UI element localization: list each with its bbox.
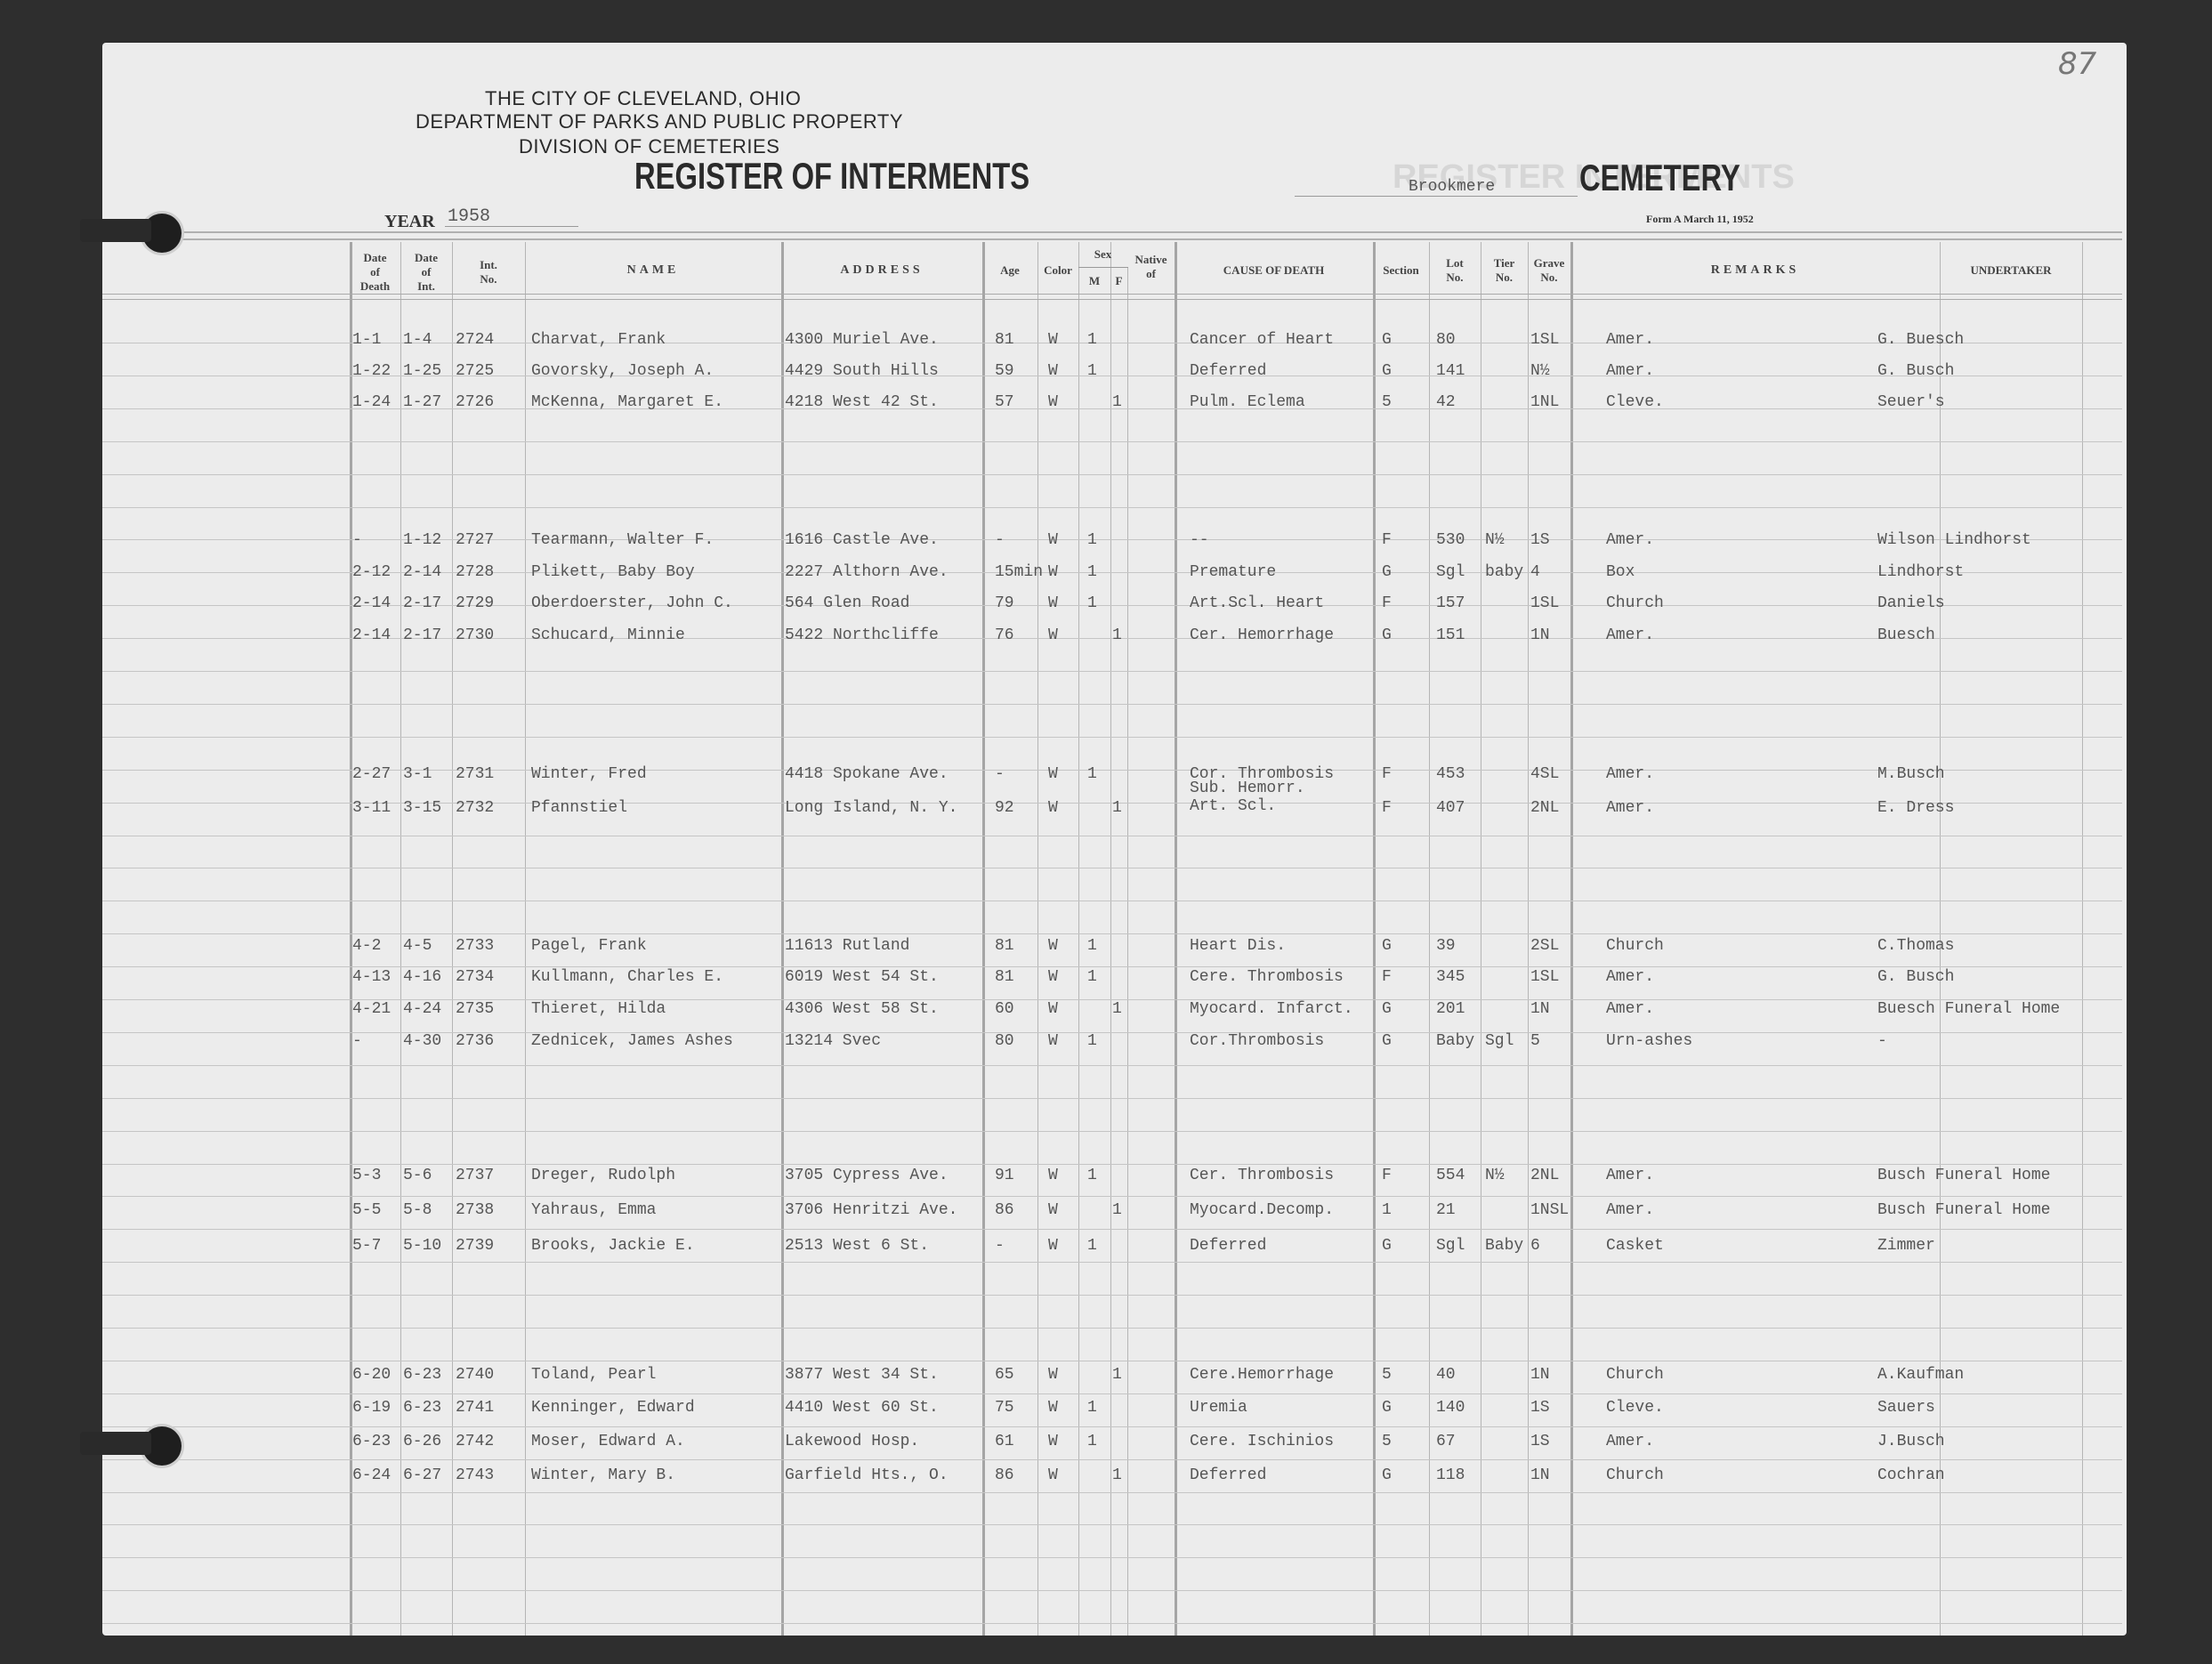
address-cell: 4218 West 42 St. [785,393,939,411]
address-cell: Garfield Hts., O. [785,1466,949,1484]
undertaker-cell: Sauers [1877,1399,1935,1417]
int-no-cell: 2729 [456,594,494,612]
age-cell: 81 [995,331,1014,349]
ruled-line [102,1426,2122,1427]
header-undertaker: UNDERTAKER [1940,263,2082,278]
section-cell: G [1382,937,1392,955]
grave-no-cell: 2NL [1530,799,1559,817]
grave-no-cell: 1S [1530,531,1550,549]
color-cell: W [1048,531,1058,549]
address-cell: 3877 West 34 St. [785,1366,939,1384]
year-underline [445,226,578,227]
color-cell: W [1048,1366,1058,1384]
ruled-line [102,474,2122,475]
int-no-cell: 2726 [456,393,494,411]
sex-f-cell: 1 [1112,1201,1122,1219]
int-no-cell: 2738 [456,1201,494,1219]
cause-of-death-cell: Cere. Ischinios [1190,1433,1334,1450]
header-name: NAME [525,263,781,278]
cause-of-death-cell: Deferred [1190,1466,1266,1484]
section-cell: 5 [1382,1433,1392,1450]
ruled-line [102,737,2122,738]
age-cell: 81 [995,937,1014,955]
section-cell: F [1382,594,1392,612]
undertaker-cell: Buesch Funeral Home [1877,1000,2060,1018]
ruled-line [102,836,2122,836]
undertaker-cell: Buesch [1877,626,1935,644]
date-of-int-cell: 2-14 [403,563,441,581]
grave-no-cell: 4SL [1530,765,1559,783]
int-no-cell: 2734 [456,968,494,986]
grave-no-cell: 1NL [1530,393,1559,411]
register-title: REGISTER OF INTERMENTS [634,155,1029,198]
age-cell: - [995,765,1005,783]
date-of-death-cell: 1-22 [352,362,391,380]
ruled-line [102,671,2122,672]
remarks-cell: Amer. [1606,1167,1654,1184]
lot-no-cell: Sgl [1436,563,1465,581]
section-cell: G [1382,1399,1392,1417]
int-no-cell: 2737 [456,1167,494,1184]
tier-no-cell: N½ [1485,1167,1505,1184]
address-cell: Long Island, N. Y. [785,799,957,817]
address-cell: 4418 Spokane Ave. [785,765,949,783]
ruled-line [102,1590,2122,1591]
int-no-cell: 2727 [456,531,494,549]
section-cell: G [1382,1466,1392,1484]
age-cell: 57 [995,393,1014,411]
address-cell: 5422 Northcliffe [785,626,939,644]
lot-no-cell: 157 [1436,594,1465,612]
section-cell: F [1382,1167,1392,1184]
ruled-line [102,1328,2122,1329]
cause-of-death-cell: Myocard.Decomp. [1190,1201,1334,1219]
date-of-int-cell: 2-17 [403,626,441,644]
year-label: YEAR [384,212,435,232]
section-cell: G [1382,362,1392,380]
date-of-death-cell: 4-13 [352,968,391,986]
cause-of-death-cell: Deferred [1190,1237,1266,1255]
ruled-line [102,1131,2122,1132]
sex-m-cell: 1 [1087,594,1097,612]
name-cell: Zednicek, James Ashes [531,1032,733,1050]
remarks-cell: Amer. [1606,968,1654,986]
undertaker-cell: M.Busch [1877,765,1945,783]
age-cell: 76 [995,626,1014,644]
int-no-cell: 2741 [456,1399,494,1417]
date-of-int-cell: 4-16 [403,968,441,986]
color-cell: W [1048,1237,1058,1255]
grave-no-cell: 1SL [1530,594,1559,612]
date-of-death-cell: 4-2 [352,937,381,955]
undertaker-cell: - [1877,1032,1887,1050]
lot-no-cell: 67 [1436,1433,1456,1450]
section-cell: F [1382,799,1392,817]
sex-m-cell: 1 [1087,1167,1097,1184]
date-of-death-cell: 3-11 [352,799,391,817]
remarks-cell: Church [1606,937,1664,955]
lot-no-cell: 151 [1436,626,1465,644]
date-of-int-cell: 1-25 [403,362,441,380]
lot-no-cell: 407 [1436,799,1465,817]
sex-subheader-divider [1078,267,1128,268]
cemetery-label: CEMETERY [1579,157,1740,199]
undertaker-cell: C.Thomas [1877,937,1954,955]
int-no-cell: 2731 [456,765,494,783]
grave-no-cell: 1S [1530,1399,1550,1417]
int-no-cell: 2735 [456,1000,494,1018]
ruled-line [102,1295,2122,1296]
undertaker-cell: Wilson Lindhorst [1877,531,2031,549]
page-number: 87 [2058,46,2096,82]
cemetery-name: Brookmere [1409,178,1495,196]
cause-of-death-cell: Pulm. Eclema [1190,393,1305,411]
remarks-cell: Amer. [1606,765,1654,783]
undertaker-cell: Cochran [1877,1466,1945,1484]
address-cell: 13214 Svec [785,1032,881,1050]
color-cell: W [1048,937,1058,955]
remarks-cell: Cleve. [1606,393,1664,411]
header-rule [102,231,2122,233]
remarks-cell: Church [1606,594,1664,612]
address-cell: 3706 Henritzi Ave. [785,1201,957,1219]
header-section: Section [1373,263,1429,278]
age-cell: 15min [995,563,1043,581]
ruled-line [102,1557,2122,1558]
register-page: 87 THE CITY OF CLEVELAND, OHIO DEPARTMEN… [102,43,2127,1636]
undertaker-cell: G. Buesch [1877,331,1964,349]
ruled-line [102,1393,2122,1394]
section-cell: G [1382,1237,1392,1255]
color-cell: W [1048,626,1058,644]
form-note: Form A March 11, 1952 [1646,213,1754,226]
int-no-cell: 2732 [456,799,494,817]
cemetery-underline [1295,196,1578,197]
ruled-line [102,868,2122,868]
sex-m-cell: 1 [1087,1237,1097,1255]
address-cell: 1616 Castle Ave. [785,531,939,549]
lot-no-cell: Baby [1436,1032,1474,1050]
section-cell: 1 [1382,1201,1392,1219]
sex-f-cell: 1 [1112,393,1122,411]
address-cell: 3705 Cypress Ave. [785,1167,949,1184]
grave-no-cell: 1SL [1530,331,1559,349]
date-of-death-cell: 6-23 [352,1433,391,1450]
ruled-line [102,704,2122,705]
sex-m-cell: 1 [1087,937,1097,955]
date-of-death-cell: 4-21 [352,1000,391,1018]
remarks-cell: Amer. [1606,1433,1654,1450]
tier-no-cell: Sgl [1485,1032,1514,1050]
undertaker-cell: Busch Funeral Home [1877,1201,2050,1219]
grave-no-cell: 1N [1530,1466,1550,1484]
age-cell: 61 [995,1433,1014,1450]
lot-no-cell: 140 [1436,1399,1465,1417]
date-of-int-cell: 6-23 [403,1399,441,1417]
header-bottom-rule [102,299,2122,300]
grave-no-cell: 1SL [1530,968,1559,986]
grave-no-cell: 1NSL [1530,1201,1569,1219]
section-cell: G [1382,626,1392,644]
int-no-cell: 2730 [456,626,494,644]
grave-no-cell: 5 [1530,1032,1540,1050]
color-cell: W [1048,331,1058,349]
grave-no-cell: 2NL [1530,1167,1559,1184]
date-of-int-cell: 6-26 [403,1433,441,1450]
header-grave-no: GraveNo. [1528,256,1570,285]
lot-no-cell: 201 [1436,1000,1465,1018]
name-cell: Tearmann, Walter F. [531,531,714,549]
age-cell: - [995,1237,1005,1255]
date-of-death-cell: 5-3 [352,1167,381,1184]
ruled-line [102,1229,2122,1230]
date-of-death-cell: 6-19 [352,1399,391,1417]
name-cell: Kenninger, Edward [531,1399,695,1417]
undertaker-cell: A.Kaufman [1877,1366,1964,1384]
date-of-int-cell: 3-15 [403,799,441,817]
age-cell: 92 [995,799,1014,817]
undertaker-cell: E. Dress [1877,799,1954,817]
undertaker-cell: J.Busch [1877,1433,1945,1450]
grave-no-cell: N½ [1530,362,1550,380]
date-of-death-cell: 5-7 [352,1237,381,1255]
header-int-no: Int.No. [452,258,525,287]
ruled-line [102,1196,2122,1197]
name-cell: Govorsky, Joseph A. [531,362,714,380]
ruled-line [102,933,2122,934]
date-of-int-cell: 1-4 [403,331,432,349]
grave-no-cell: 4 [1530,563,1540,581]
int-no-cell: 2728 [456,563,494,581]
undertaker-cell: G. Busch [1877,362,1954,380]
int-no-cell: 2724 [456,331,494,349]
cause-of-death-cell: Myocard. Infarct. [1190,1000,1353,1018]
remarks-cell: Amer. [1606,799,1654,817]
sex-m-cell: 1 [1087,968,1097,986]
header-sex-m: M [1078,274,1110,288]
remarks-cell: Amer. [1606,362,1654,380]
header-department: DEPARTMENT OF PARKS AND PUBLIC PROPERTY [416,110,903,133]
grave-no-cell: 1N [1530,626,1550,644]
ruled-line [102,966,2122,967]
date-of-int-cell: 6-27 [403,1466,441,1484]
address-cell: 11613 Rutland [785,937,909,955]
date-of-int-cell: 3-1 [403,765,432,783]
sex-f-cell: 1 [1112,799,1122,817]
color-cell: W [1048,799,1058,817]
ruled-line [102,1623,2122,1624]
age-cell: 59 [995,362,1014,380]
lot-no-cell: 39 [1436,937,1456,955]
lot-no-cell: 42 [1436,393,1456,411]
remarks-cell: Amer. [1606,1201,1654,1219]
age-cell: 79 [995,594,1014,612]
age-cell: 86 [995,1201,1014,1219]
color-cell: W [1048,968,1058,986]
color-cell: W [1048,1399,1058,1417]
address-cell: Lakewood Hosp. [785,1433,919,1450]
undertaker-cell: Seuer's [1877,393,1945,411]
remarks-cell: Amer. [1606,1000,1654,1018]
date-of-death-cell: 2-27 [352,765,391,783]
cause-of-death-cell: Cer. Thrombosis [1190,1167,1334,1184]
remarks-cell: Cleve. [1606,1399,1664,1417]
date-of-int-cell: 1-27 [403,393,441,411]
tier-no-cell: Baby [1485,1237,1523,1255]
address-cell: 2513 West 6 St. [785,1237,929,1255]
header-rule-2 [102,238,2122,240]
remarks-cell: Amer. [1606,531,1654,549]
age-cell: 75 [995,1399,1014,1417]
section-cell: 5 [1382,1366,1392,1384]
grave-no-cell: 2SL [1530,937,1559,955]
date-of-int-cell: 6-23 [403,1366,441,1384]
header-color: Color [1037,263,1078,278]
remarks-cell: Amer. [1606,626,1654,644]
grave-no-cell: 1N [1530,1000,1550,1018]
header-tier-no: TierNo. [1481,256,1528,285]
address-cell: 4410 West 60 St. [785,1399,939,1417]
name-cell: Kullmann, Charles E. [531,968,723,986]
int-no-cell: 2736 [456,1032,494,1050]
date-of-death-cell: 1-1 [352,331,381,349]
color-cell: W [1048,1201,1058,1219]
age-cell: 60 [995,1000,1014,1018]
header-city: THE CITY OF CLEVELAND, OHIO [485,87,801,110]
color-cell: W [1048,1167,1058,1184]
header-native-of: Nativeof [1127,253,1175,281]
lot-no-cell: 345 [1436,968,1465,986]
lot-no-cell: 40 [1436,1366,1456,1384]
color-cell: W [1048,362,1058,380]
name-cell: Plikett, Baby Boy [531,563,695,581]
color-cell: W [1048,1000,1058,1018]
color-cell: W [1048,1032,1058,1050]
name-cell: Pagel, Frank [531,937,647,955]
ruled-line [102,1459,2122,1460]
header-cause-of-death: CAUSE OF DEATH [1175,263,1373,278]
cause-of-death-cell: Sub. Hemorr. Art. Scl. [1190,779,1305,815]
name-cell: Moser, Edward A. [531,1433,685,1450]
cause-of-death-cell: Cer. Hemorrhage [1190,626,1334,644]
sex-f-cell: 1 [1112,1466,1122,1484]
undertaker-cell: Lindhorst [1877,563,1964,581]
lot-no-cell: Sgl [1436,1237,1465,1255]
address-cell: 6019 West 54 St. [785,968,939,986]
section-cell: 5 [1382,393,1392,411]
color-cell: W [1048,393,1058,411]
ruled-line [102,1098,2122,1099]
name-cell: Brooks, Jackie E. [531,1237,695,1255]
header-date-of-int: DateofInt. [400,251,452,294]
section-cell: G [1382,563,1392,581]
age-cell: 91 [995,1167,1014,1184]
ruled-line [102,441,2122,442]
color-cell: W [1048,1433,1058,1450]
remarks-cell: Amer. [1606,331,1654,349]
date-of-death-cell: 5-5 [352,1201,381,1219]
header-bottom-rule [102,294,2122,295]
column-divider [1127,267,1128,1636]
int-no-cell: 2742 [456,1433,494,1450]
cause-of-death-cell: Deferred [1190,362,1266,380]
ruled-line [102,901,2122,901]
ruled-line [102,1164,2122,1165]
name-cell: Winter, Fred [531,765,647,783]
cause-of-death-cell: Art.Scl. Heart [1190,594,1324,612]
cause-of-death-cell: Premature [1190,563,1276,581]
sex-m-cell: 1 [1087,1399,1097,1417]
ruled-line [102,1524,2122,1525]
lot-no-cell: 453 [1436,765,1465,783]
date-of-death-cell: 2-12 [352,563,391,581]
age-cell: 80 [995,1032,1014,1050]
address-cell: 4429 South Hills [785,362,939,380]
grave-no-cell: 1S [1530,1433,1550,1450]
int-no-cell: 2725 [456,362,494,380]
address-cell: 564 Glen Road [785,594,909,612]
ruled-line [102,1065,2122,1066]
section-cell: F [1382,968,1392,986]
sex-m-cell: 1 [1087,362,1097,380]
cause-of-death-cell: Cancer of Heart [1190,331,1334,349]
binder-hole-top [142,214,182,253]
grave-no-cell: 6 [1530,1237,1540,1255]
date-of-death-cell: 2-14 [352,594,391,612]
header-address: ADDRESS [781,263,982,278]
ruled-line [102,1492,2122,1493]
lot-no-cell: 118 [1436,1466,1465,1484]
color-cell: W [1048,1466,1058,1484]
age-cell: 65 [995,1366,1014,1384]
cause-of-death-cell: Uremia [1190,1399,1247,1417]
header-date-of-death: DateofDeath [350,251,400,294]
name-cell: Pfannstiel [531,799,627,817]
int-no-cell: 2743 [456,1466,494,1484]
section-cell: F [1382,765,1392,783]
date-of-death-cell: 1-24 [352,393,391,411]
section-cell: F [1382,531,1392,549]
date-of-int-cell: 2-17 [403,594,441,612]
date-of-death-cell: 2-14 [352,626,391,644]
color-cell: W [1048,594,1058,612]
ruled-line [102,1361,2122,1361]
remarks-cell: Church [1606,1466,1664,1484]
int-no-cell: 2733 [456,937,494,955]
date-of-int-cell: 1-12 [403,531,441,549]
date-of-death-cell: 6-20 [352,1366,391,1384]
lot-no-cell: 21 [1436,1201,1456,1219]
name-cell: Yahraus, Emma [531,1201,656,1219]
sex-m-cell: 1 [1087,331,1097,349]
address-cell: 2227 Althorn Ave. [785,563,949,581]
section-cell: G [1382,1032,1392,1050]
undertaker-cell: Daniels [1877,594,1945,612]
date-of-death-cell: - [352,1032,362,1050]
sex-m-cell: 1 [1087,765,1097,783]
address-cell: 4300 Muriel Ave. [785,331,939,349]
sex-m-cell: 1 [1087,1433,1097,1450]
name-cell: Oberdoerster, John C. [531,594,733,612]
sex-m-cell: 1 [1087,563,1097,581]
undertaker-cell: Zimmer [1877,1237,1935,1255]
cause-of-death-cell: Heart Dis. [1190,937,1286,955]
name-cell: Dreger, Rudolph [531,1167,675,1184]
header-age: Age [982,263,1037,278]
age-cell: - [995,531,1005,549]
cause-of-death-cell: Cor.Thrombosis [1190,1032,1324,1050]
grave-no-cell: 1N [1530,1366,1550,1384]
